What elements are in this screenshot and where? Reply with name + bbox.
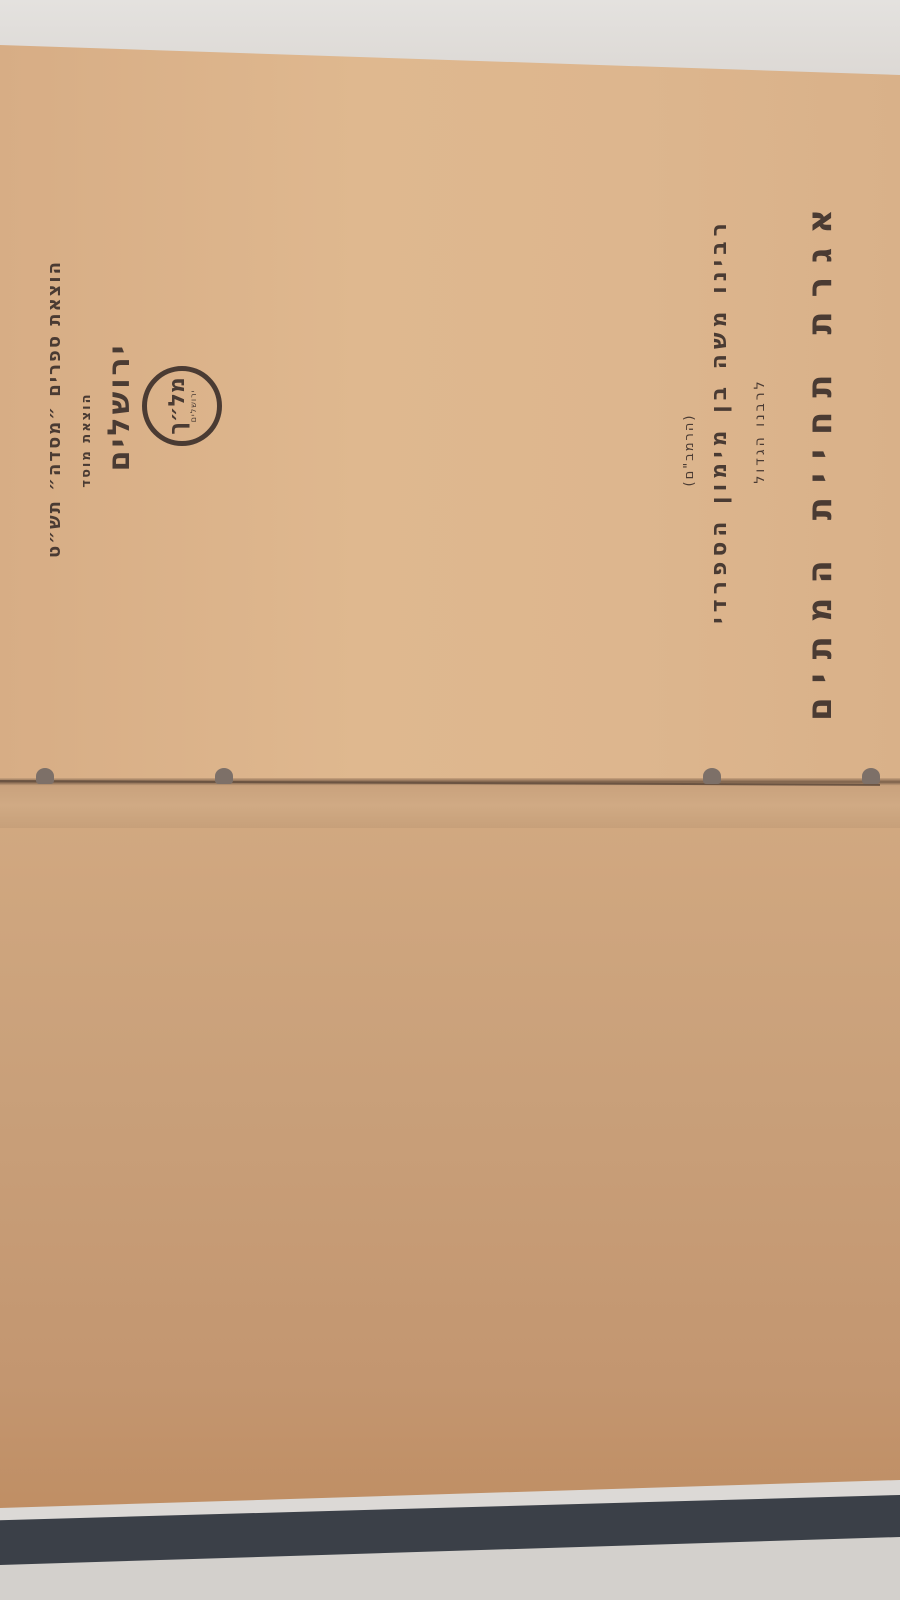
logo-mark: מל״ך bbox=[167, 377, 189, 435]
binding-staple bbox=[36, 768, 54, 784]
facing-page bbox=[0, 790, 900, 1530]
publisher-line: הוצאת ספרים ״מסדה״ תש״ט bbox=[41, 239, 69, 579]
binding-staple bbox=[215, 768, 233, 784]
logo-caption: ירושלים bbox=[189, 390, 198, 423]
publication-city: ירושלים bbox=[98, 327, 142, 487]
book-cover-edge bbox=[0, 1495, 900, 1565]
binding-staple bbox=[862, 768, 880, 784]
book-author: רבינו משה בן מימון הספרדי bbox=[704, 206, 736, 636]
open-book: אגרת תחיית המתים לרבנו הגדול רבינו משה ב… bbox=[0, 0, 900, 1600]
book-gutter bbox=[0, 778, 900, 828]
imprint-line: הוצאת מוסד bbox=[77, 345, 97, 535]
author-note: (הרמב"ם) bbox=[680, 400, 700, 500]
binding-staple bbox=[703, 768, 721, 784]
book-title: אגרת תחיית המתים bbox=[795, 195, 845, 645]
book-subtitle: לרבנו הגדול bbox=[749, 311, 771, 551]
publisher-logo: מל״ך ירושלים bbox=[142, 366, 222, 446]
